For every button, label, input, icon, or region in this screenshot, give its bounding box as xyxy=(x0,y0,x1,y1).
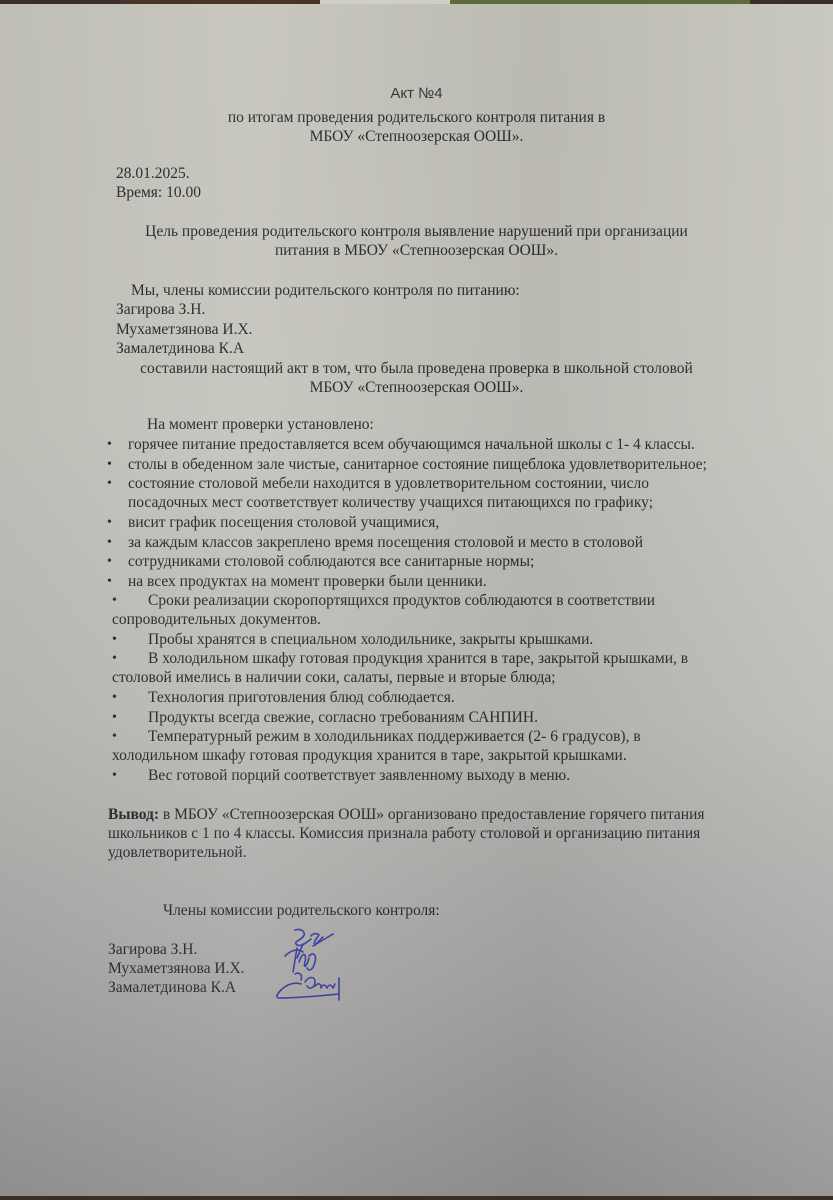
conclusion-text: в МБОУ «Степноозерская ООШ» организовано… xyxy=(159,806,705,823)
finding-item: горячее питание предоставляется всем обу… xyxy=(128,436,695,454)
bullet-icon: • xyxy=(112,690,117,706)
finding-item: Температурный режим в холодильниках подд… xyxy=(148,728,641,746)
member-name: Мухаметзянова И.Х. xyxy=(116,321,253,339)
bullet-icon: • xyxy=(107,554,112,570)
document-date: 28.01.2025. xyxy=(116,165,190,183)
finding-item: Пробы хранятся в специальном холодильник… xyxy=(148,631,593,649)
bullet-icon: • xyxy=(107,535,112,551)
bullet-icon: • xyxy=(112,593,117,609)
subtitle-line-2: МБОУ «Степноозерская ООШ». xyxy=(0,128,833,146)
finding-item-continued: посадочных мест соответствует количеству… xyxy=(128,494,653,512)
bullet-icon: • xyxy=(107,437,112,453)
finding-item: сотрудниками столовой соблюдаются все са… xyxy=(128,553,534,571)
bullet-icon: • xyxy=(107,515,112,531)
finding-item-continued: сопроводительных документов. xyxy=(112,611,321,629)
document-title: Акт №4 xyxy=(0,85,833,102)
findings-intro: На момент проверки установлено: xyxy=(147,416,374,434)
handwritten-signatures-icon xyxy=(255,926,365,1006)
conclusion-line-3: удовлетворительной. xyxy=(108,844,247,862)
statement-line-2: МБОУ «Степноозерская ООШ». xyxy=(0,379,833,397)
signatures-heading: Члены комиссии родительского контроля: xyxy=(163,902,440,920)
finding-item: на всех продуктах на момент проверки был… xyxy=(128,573,487,591)
signatory-name: Загирова З.Н. xyxy=(108,941,197,959)
finding-item: Технология приготовления блюд соблюдаетс… xyxy=(148,689,455,707)
bullet-icon: • xyxy=(112,729,117,745)
statement-line-1: составили настоящий акт в том, что была … xyxy=(0,360,833,378)
conclusion-label: Вывод: xyxy=(108,806,159,823)
finding-item-continued: столовой имелись в наличии соки, салаты,… xyxy=(112,669,556,687)
subtitle-line-1: по итогам проведения родительского контр… xyxy=(0,109,833,127)
conclusion-line-2: школьников с 1 по 4 классы. Комиссия при… xyxy=(108,825,700,843)
document-time: Время: 10.00 xyxy=(116,184,201,202)
signatory-name: Мухаметзянова И.Х. xyxy=(108,960,245,978)
finding-item: Сроки реализации скоропортящихся продукт… xyxy=(148,592,655,610)
finding-item: Вес готовой порций соответствует заявлен… xyxy=(148,767,570,785)
goal-line-2: питания в МБОУ «Степноозерская ООШ». xyxy=(0,242,833,260)
bullet-icon: • xyxy=(107,457,112,473)
signatory-name: Замалетдинова К.А xyxy=(108,979,236,997)
bullet-icon: • xyxy=(112,632,117,648)
finding-item: состояние столовой мебели находится в уд… xyxy=(128,475,649,493)
bullet-icon: • xyxy=(112,651,117,667)
finding-item: столы в обеденном зале чистые, санитарно… xyxy=(128,456,707,474)
finding-item: висит график посещения столовой учащимис… xyxy=(128,514,439,532)
document-page: Акт №4 по итогам проведения родительског… xyxy=(0,4,833,1196)
finding-item: Продукты всегда свежие, согласно требова… xyxy=(148,709,538,727)
member-name: Загирова З.Н. xyxy=(116,301,205,319)
member-name: Замалетдинова К.А xyxy=(116,340,244,358)
members-intro: Мы, члены комиссии родительского контрол… xyxy=(131,282,520,300)
finding-item: В холодильном шкафу готовая продукция хр… xyxy=(148,650,688,668)
bullet-icon: • xyxy=(107,476,112,492)
finding-item-continued: холодильном шкафу готовая продукция хран… xyxy=(112,747,627,765)
bullet-icon: • xyxy=(112,710,117,726)
bullet-icon: • xyxy=(107,574,112,590)
bullet-icon: • xyxy=(112,768,117,784)
finding-item: за каждым классов закреплено время посещ… xyxy=(128,534,643,552)
conclusion-line-1: Вывод: в МБОУ «Степноозерская ООШ» орган… xyxy=(108,806,705,824)
goal-line-1: Цель проведения родительского контроля в… xyxy=(0,223,833,241)
